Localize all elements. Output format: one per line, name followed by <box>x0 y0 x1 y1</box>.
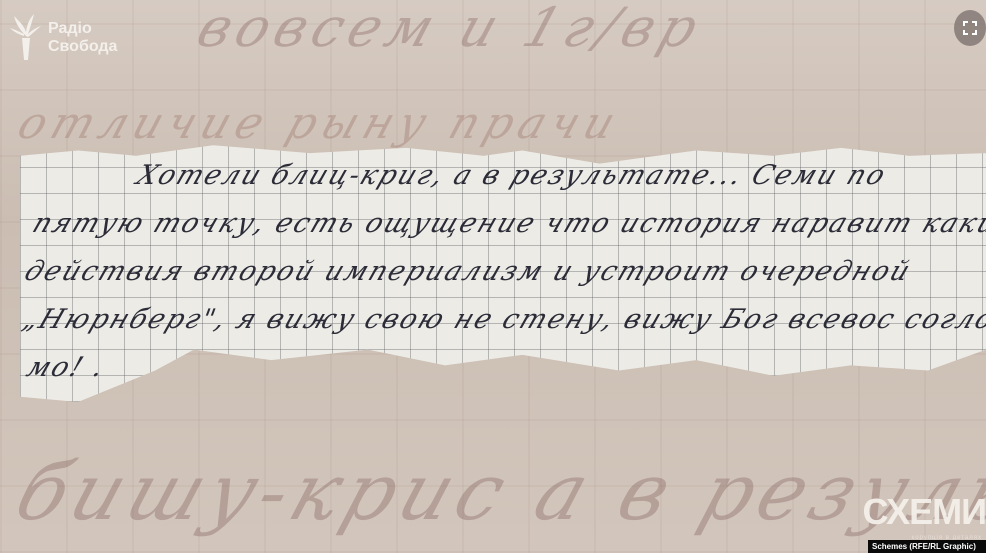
note-line: Хотели блиц-криг, а в результате... Семи… <box>132 160 986 191</box>
radio-svoboda-logo[interactable]: Радіо Свобода <box>10 14 117 62</box>
fullscreen-icon <box>963 21 977 35</box>
logo-text-line2: Свобода <box>48 38 117 56</box>
torch-icon <box>10 14 42 62</box>
note-line: „Нюрнберг", я вижу свою не стену, вижу Б… <box>18 304 986 335</box>
background-handwriting: бишу-крис а в результате <box>5 448 986 538</box>
image-credit: Schemes (RFE/RL Graphic) <box>868 540 986 553</box>
background-handwriting: вовсем и 1г/вр <box>190 0 712 59</box>
logo-text-line1: Радіо <box>48 20 117 38</box>
note-line: действия второй империализм и устроит оч… <box>20 256 986 287</box>
schemy-watermark: СХЕМИ <box>862 491 986 533</box>
fullscreen-button[interactable] <box>954 10 986 46</box>
note-line: пятую точку, есть ощущение что история н… <box>28 208 986 239</box>
background-handwriting: отличие рыну прачи <box>12 98 628 149</box>
